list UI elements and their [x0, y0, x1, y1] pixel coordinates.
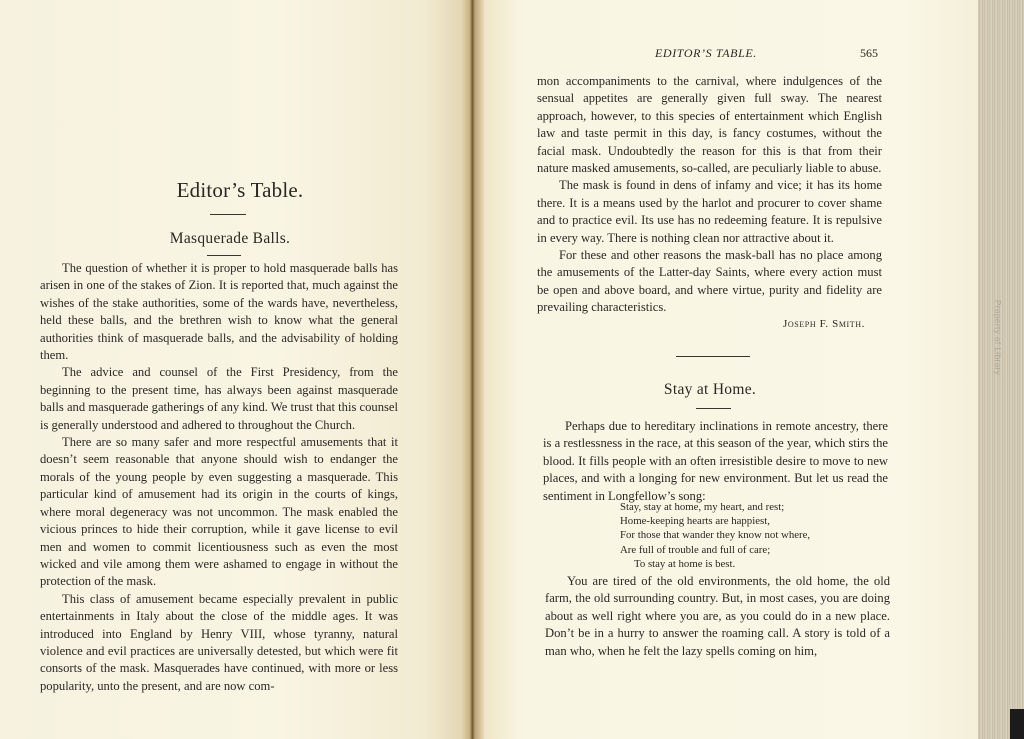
paragraph: The question of whether it is proper to … — [40, 260, 398, 364]
paragraph: This class of amusement became especiall… — [40, 591, 398, 695]
paragraph: You are tired of the old environments, t… — [545, 573, 890, 660]
paragraph: There are so many safer and more respect… — [40, 434, 398, 591]
book-gutter — [462, 0, 484, 739]
running-head: EDITOR’S TABLE. — [655, 46, 757, 61]
book-spread: Editor’s Table. Masquerade Balls. The qu… — [0, 0, 1024, 739]
left-page: Editor’s Table. Masquerade Balls. The qu… — [0, 0, 462, 739]
library-stamp: Property of Library — [980, 300, 1002, 480]
subtitle-divider — [696, 408, 731, 409]
paragraph: Perhaps due to hereditary inclinations i… — [543, 418, 888, 505]
stay-at-home-body: You are tired of the old environments, t… — [545, 573, 890, 660]
subtitle-divider — [207, 255, 241, 256]
page-number: 565 — [860, 46, 878, 61]
masquerade-article-body: The question of whether it is proper to … — [40, 260, 398, 695]
author-signature: Joseph F. Smith. — [783, 318, 865, 330]
article-title-masquerade: Masquerade Balls. — [120, 230, 340, 248]
longfellow-poem: Stay, stay at home, my heart, and rest; … — [620, 500, 810, 571]
poem-line: To stay at home is best. — [620, 557, 810, 571]
title-divider — [210, 214, 246, 215]
poem-line: Stay, stay at home, my heart, and rest; — [620, 500, 810, 514]
section-title: Editor’s Table. — [140, 178, 340, 203]
section-separator — [676, 356, 750, 357]
article-title-stay-at-home: Stay at Home. — [610, 381, 810, 399]
poem-line: Are full of trouble and full of care; — [620, 543, 810, 557]
paragraph: For these and other reasons the mask-bal… — [537, 247, 882, 317]
poem-line: For those that wander they know not wher… — [620, 528, 810, 542]
poem-line: Home-keeping hearts are happiest, — [620, 514, 810, 528]
stay-at-home-intro: Perhaps due to hereditary inclinations i… — [543, 418, 888, 505]
paragraph: mon accompaniments to the carnival, wher… — [537, 73, 882, 177]
masquerade-article-continuation: mon accompaniments to the carnival, wher… — [537, 73, 882, 317]
paragraph: The advice and counsel of the First Pres… — [40, 364, 398, 434]
paragraph: The mask is found in dens of infamy and … — [537, 177, 882, 247]
